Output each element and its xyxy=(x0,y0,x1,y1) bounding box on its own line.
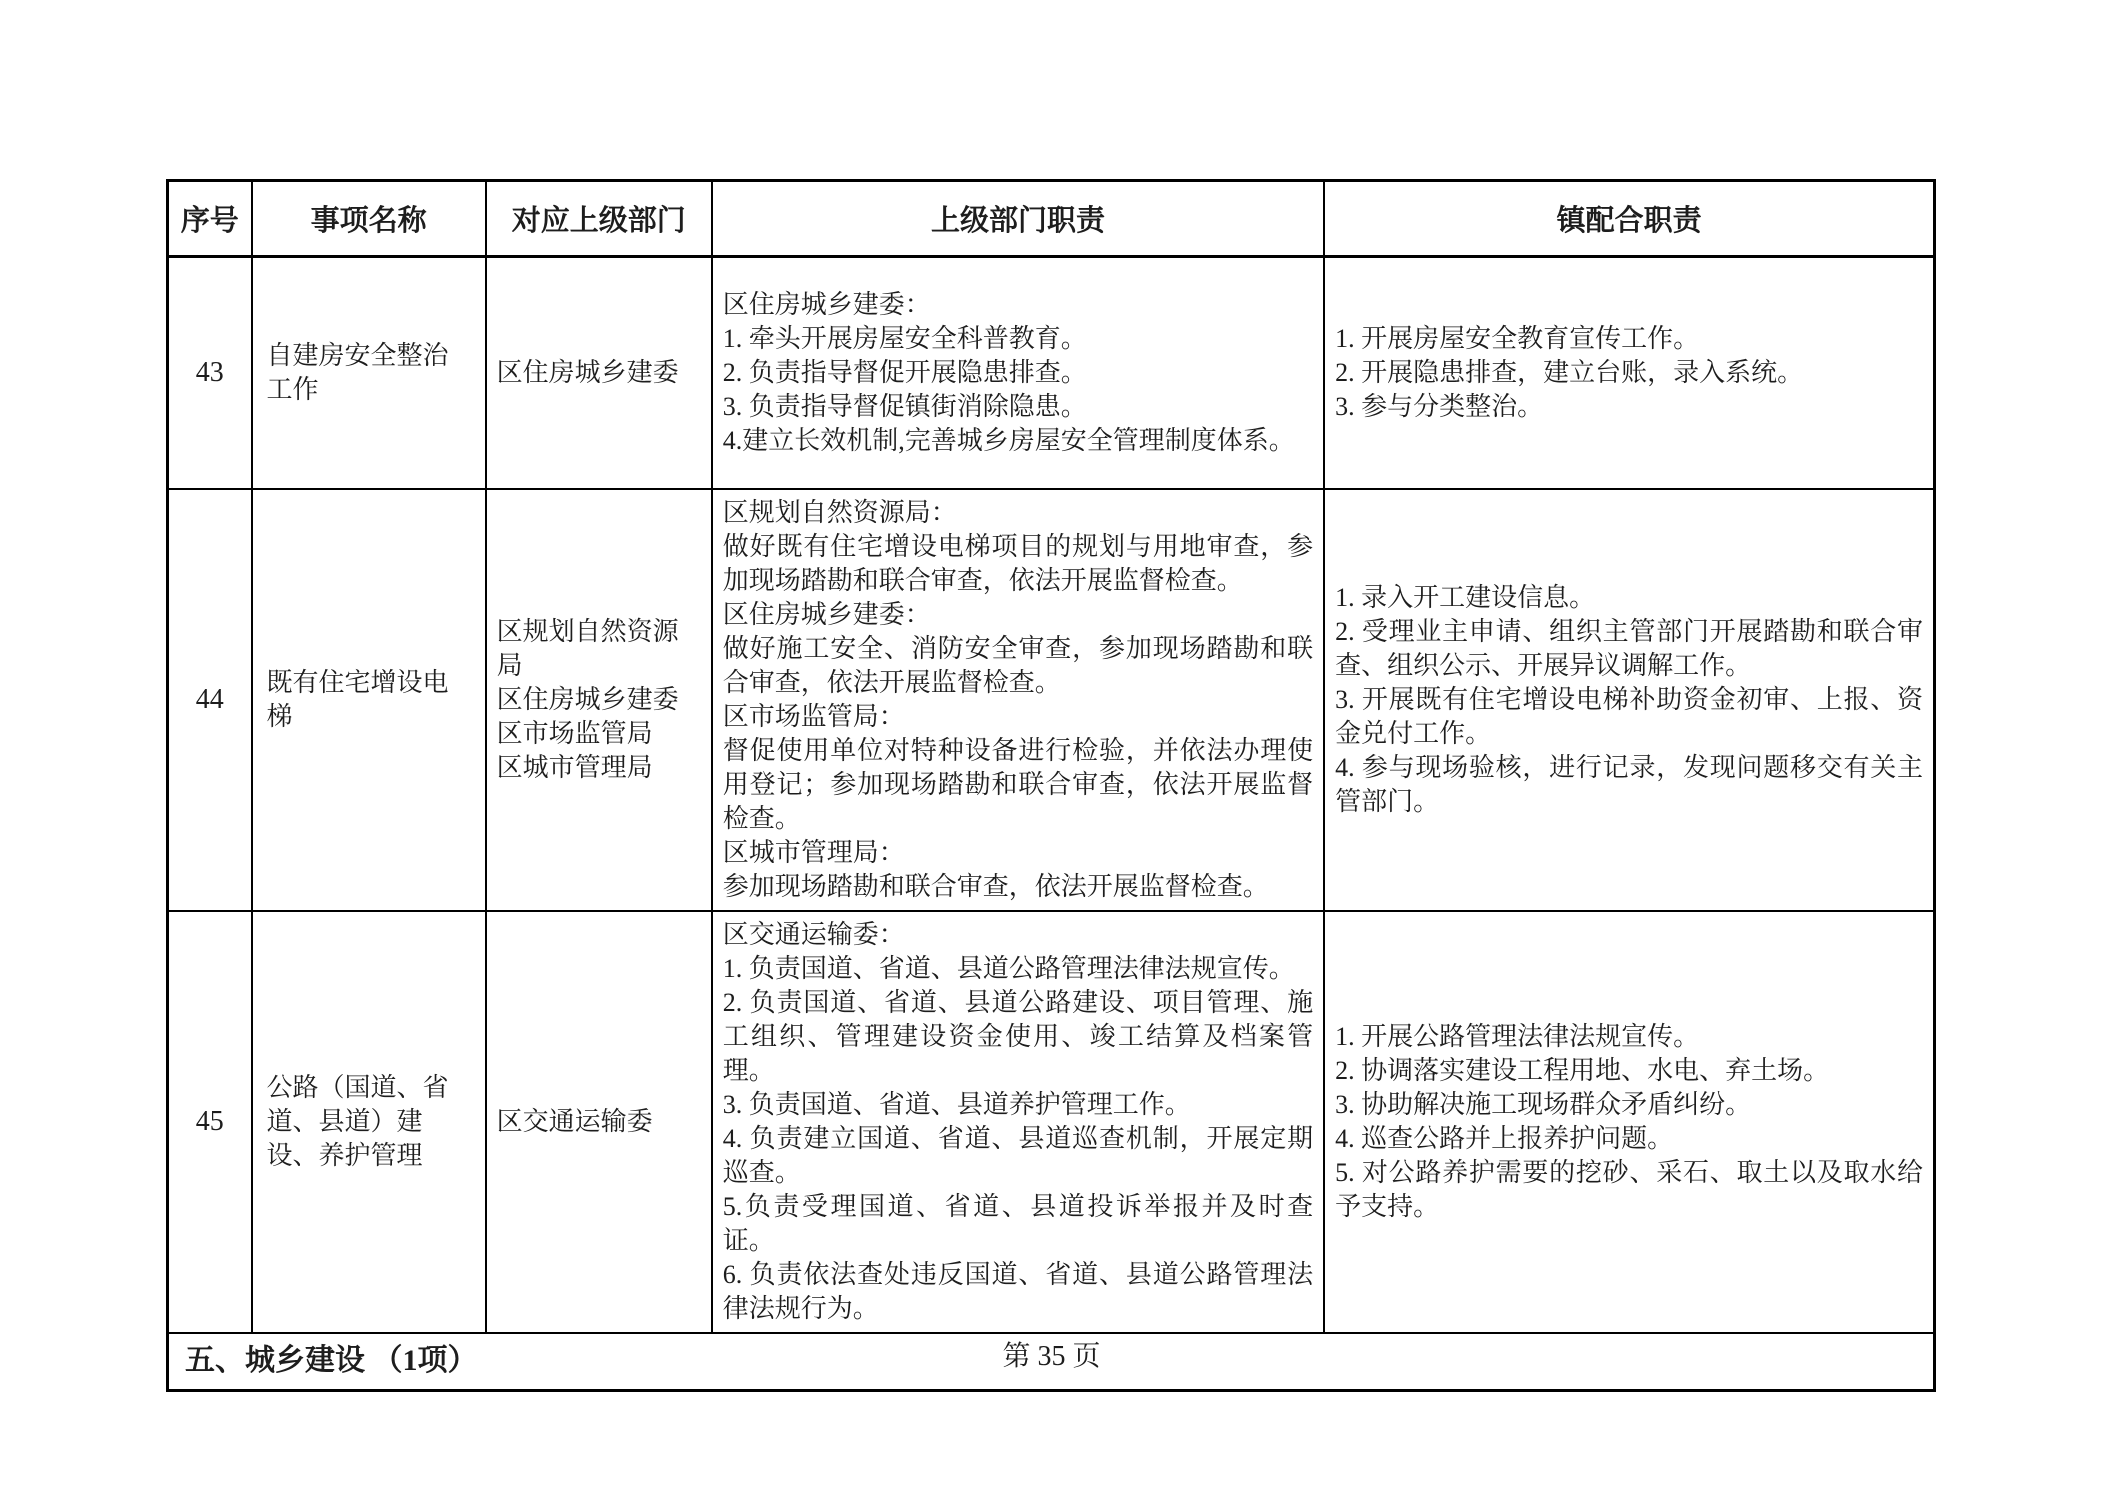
superior-department: 区住房城乡建委 xyxy=(486,257,712,489)
responsibility-table: 序号 事项名称 对应上级部门 上级部门职责 镇配合职责 43 自建房安全整治工作… xyxy=(166,179,1936,1392)
superior-duties: 区住房城乡建委： 1. 牵头开展房屋安全科普教育。 2. 负责指导督促开展隐患排… xyxy=(712,257,1324,489)
item-name: 既有住宅增设电梯 xyxy=(252,489,486,911)
table-row-43: 43 自建房安全整治工作 区住房城乡建委 区住房城乡建委： 1. 牵头开展房屋安… xyxy=(168,257,1935,489)
superior-duties: 区规划自然资源局： 做好既有住宅增设电梯项目的规划与用地审查，参加现场踏勘和联合… xyxy=(712,489,1324,911)
row-number: 45 xyxy=(168,911,252,1333)
page-number: 第 35 页 xyxy=(0,1334,2103,1374)
header-cell-item-name: 事项名称 xyxy=(252,181,486,257)
item-name: 自建房安全整治工作 xyxy=(252,257,486,489)
table-header-row: 序号 事项名称 对应上级部门 上级部门职责 镇配合职责 xyxy=(168,181,1935,257)
item-name: 公路（国道、省道、县道）建设、养护管理 xyxy=(252,911,486,1333)
table-row-45: 45 公路（国道、省道、县道）建设、养护管理 区交通运输委 区交通运输委： 1.… xyxy=(168,911,1935,1333)
header-cell-town-duty: 镇配合职责 xyxy=(1324,181,1934,257)
header-cell-no: 序号 xyxy=(168,181,252,257)
header-cell-superior-duty: 上级部门职责 xyxy=(712,181,1324,257)
row-number: 43 xyxy=(168,257,252,489)
superior-department: 区规划自然资源局 区住房城乡建委 区市场监管局 区城市管理局 xyxy=(486,489,712,911)
superior-department: 区交通运输委 xyxy=(486,911,712,1333)
header-cell-superior-dept: 对应上级部门 xyxy=(486,181,712,257)
document-page: 序号 事项名称 对应上级部门 上级部门职责 镇配合职责 43 自建房安全整治工作… xyxy=(0,0,2103,1486)
town-duties: 1. 录入开工建设信息。 2. 受理业主申请、组织主管部门开展踏勘和联合审查、组… xyxy=(1324,489,1934,911)
table-row-44: 44 既有住宅增设电梯 区规划自然资源局 区住房城乡建委 区市场监管局 区城市管… xyxy=(168,489,1935,911)
row-number: 44 xyxy=(168,489,252,911)
town-duties: 1. 开展公路管理法律法规宣传。 2. 协调落实建设工程用地、水电、弃土场。 3… xyxy=(1324,911,1934,1333)
superior-duties: 区交通运输委： 1. 负责国道、省道、县道公路管理法律法规宣传。 2. 负责国道… xyxy=(712,911,1324,1333)
town-duties: 1. 开展房屋安全教育宣传工作。 2. 开展隐患排查，建立台账，录入系统。 3.… xyxy=(1324,257,1934,489)
